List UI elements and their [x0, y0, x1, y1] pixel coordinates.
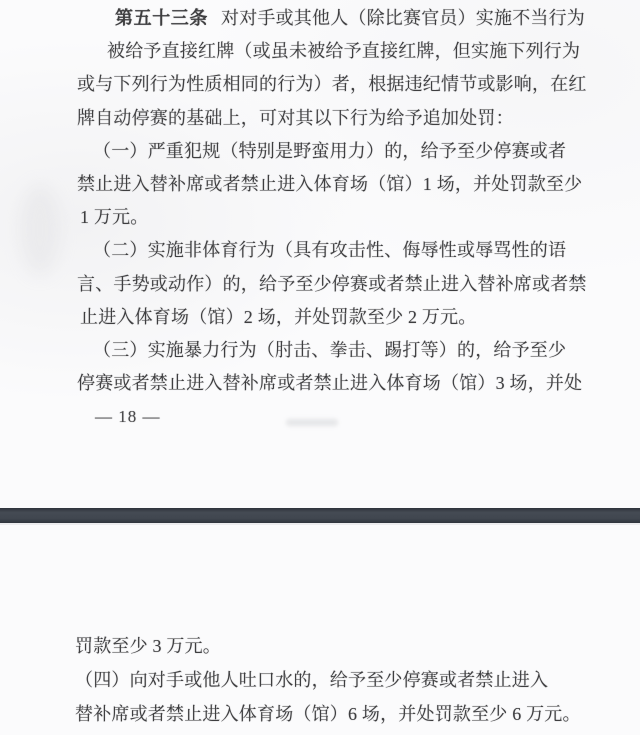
item-3-continuation-line: 罚款至少 3 万元。	[75, 629, 640, 663]
document-scan: 第五十三条对对手或其他人（除比赛官员）实施不当行为 被给予直接红牌（或虽未被给予…	[0, 0, 640, 735]
item-3-line: （三）实施暴力行为（肘击、拳击、踢打等）的，给予至少	[93, 334, 640, 367]
item-3-line: 停赛或者禁止进入替补席或者禁止进入体育场（馆）3 场，并处	[77, 367, 640, 400]
scan-smudge	[286, 419, 338, 426]
item-2-line: 言、手势或动作）的，给予至少停赛或者禁止进入替补席或者禁	[77, 268, 640, 301]
paragraph-line: 或与下列行为性质相同的行为）者，根据违纪情节或影响，在红	[77, 68, 640, 101]
page-fragment-top: 第五十三条对对手或其他人（除比赛官员）实施不当行为 被给予直接红牌（或虽未被给予…	[0, 2, 640, 433]
item-1-line: 禁止进入替补席或者禁止进入体育场（馆）1 场，并处罚款至少	[77, 168, 640, 201]
separator-band	[0, 508, 640, 525]
paragraph-line: 牌自动停赛的基础上，可对其以下行为给予追加处罚：	[77, 102, 640, 135]
item-2-line: （二）实施非体育行为（具有攻击性、侮辱性或辱骂性的语	[93, 234, 640, 267]
item-1-line: （一）严重犯规（特别是野蛮用力）的，给予至少停赛或者	[93, 135, 640, 168]
item-4-line: （四）向对手或他人吐口水的，给予至少停赛或者禁止进入	[75, 663, 640, 697]
page-number: — 18 —	[95, 400, 640, 433]
paragraph-line: 被给予直接红牌（或虽未被给予直接红牌，但实施下列行为	[107, 35, 640, 68]
page-fragment-bottom: 罚款至少 3 万元。 （四）向对手或他人吐口水的，给予至少停赛或者禁止进入 替补…	[0, 629, 640, 731]
scan-smudge	[20, 185, 60, 275]
item-2-line: 止进入体育场（馆）2 场，并处罚款至少 2 万元。	[80, 301, 640, 334]
article-opening-text: 对对手或其他人（除比赛官员）实施不当行为	[221, 8, 585, 28]
item-4-line: 替补席或者禁止进入体育场（馆）6 场，并处罚款至少 6 万元。	[75, 697, 640, 731]
article-53-opening-line: 第五十三条对对手或其他人（除比赛官员）实施不当行为	[115, 2, 640, 35]
article-number: 第五十三条	[115, 8, 208, 28]
item-1-line: 1 万元。	[80, 201, 640, 234]
